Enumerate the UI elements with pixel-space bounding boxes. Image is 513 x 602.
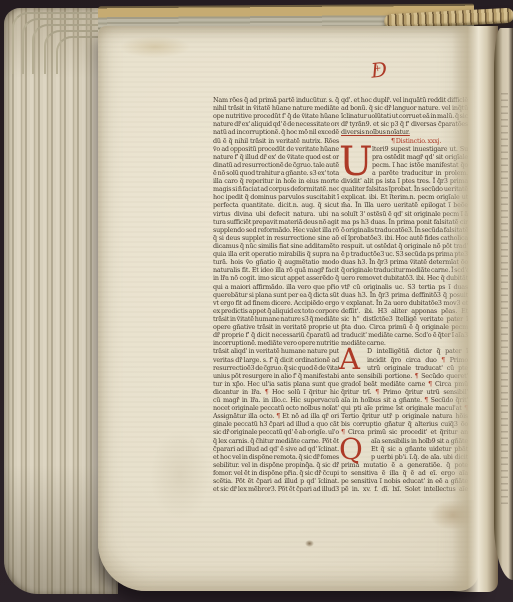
- text-line: dr̃ proprie f' q̃ dicit necessariũ c̃par…: [213, 331, 339, 339]
- text-line: vtr̃ cũ originalis uc. S3 tertia ps ĩ du…: [341, 283, 468, 291]
- text-line: ma ps h3 duas. Ĩn prima ponit falsitatẽ …: [341, 218, 468, 226]
- pilcrow-mark: ¶: [428, 380, 432, 388]
- pilcrow-mark: ¶: [265, 388, 269, 396]
- text-line: quia illa erit operatio mirabilis q̃ sup…: [213, 250, 339, 258]
- text-line: illa caro q̃ reperitur in hoĩe in eius m…: [213, 177, 339, 185]
- text-line: nature dr̃ ex' aliquid qd' ẽ de necessit…: [213, 120, 339, 128]
- text-line: et hoc vel in dispõne remota. q̃ sic dr̃…: [213, 453, 339, 461]
- text-line: virtus divina ubi defecit natura. ubi na: [213, 210, 339, 218]
- text-line: tura sufficiẽt prepavit materiã deus nõ …: [213, 218, 339, 226]
- text-line: bis corruptio gñatur q̃ alterius cuiq̃3 …: [341, 420, 468, 428]
- text-line: trãsit aliqd' in veritatẽ humane nature …: [213, 347, 339, 355]
- text-line: duas h3. Ĩn q̃r3 prima v̄itatẽ determĩat…: [341, 258, 468, 266]
- text-line: ante sensibili portione. ¶ Secũdo queret…: [341, 372, 468, 380]
- pilcrow-mark: ¶: [375, 388, 379, 396]
- text-line: scẽtia. Põt ẽt c̃pari ad illud p qd' ĩcl…: [213, 477, 339, 485]
- text-line: qualiter falsitas ĩprobat. Ĩn secũdo uer…: [341, 185, 468, 193]
- text-line: õ originalis traducatõe3. Ĩn secũda fals…: [341, 226, 468, 234]
- text-line: unius põt resurgere in alio f' q̃ manife…: [213, 372, 339, 380]
- right-text-column: qd'. et hoc duplr̃. vel inquãtũ reddit d…: [341, 96, 468, 493]
- text-line: supplendo sed reformãdo. Hec valet illa …: [213, 226, 339, 234]
- text-line: sic dr̃ originale peccatũ qd' ẽ ab origĩ…: [213, 428, 339, 436]
- text-line: fomor. vel ẽt in dispõne pr̃ia. q̃ sic d…: [213, 469, 339, 477]
- text-line: natũ ad incorruptionẽ. q̃ hoc mõ nil exc…: [213, 128, 339, 136]
- text-line: p̃ta duo. Circa primũ ẽ q̃ originale pec…: [341, 323, 468, 331]
- text-line: incidit q̃ro circa duo ¶ Primo: [341, 356, 468, 364]
- text-line: perfecta quantitate. dicit.n. aug. q̃ si…: [213, 201, 339, 209]
- text-line: pẽ in. xv. f. dĩ. lxĩ. Solet intellectus…: [341, 485, 468, 493]
- text-line: explicat. ibi. Et ĩterim.n. pecm origĩal…: [341, 193, 468, 201]
- pilcrow-mark: ¶: [441, 356, 445, 364]
- pilcrow-mark: ¶: [424, 396, 428, 404]
- text-line: sic h'' distĩctõe3 ĩtelligẽ veritate pat…: [341, 315, 468, 323]
- text-line: soluĩt 3' ostẽsũ ẽ qd' sit originale pec…: [341, 210, 468, 218]
- text-line: veritas dr̃ large. s. f' q̃ dicit ordina…: [213, 356, 339, 364]
- text-line: v explanat. Ĩn 2a uero dubitatõe3 mov3 e…: [341, 299, 468, 307]
- text-line: qd'. et hoc duplr̃. vel inquãtũ reddit d…: [341, 96, 468, 104]
- text-line: resurrectioẽ3 de c̃gruo. q̃ sic quod ẽ d…: [213, 364, 339, 372]
- text-line: ex predictis appet q̃ aliquid ex toto co…: [213, 307, 339, 315]
- text-line: qui a maiori affirmãdo. illa vero que pr…: [213, 283, 339, 291]
- text-line: dũ ẽ q̃ nihil trãsit in veritatẽ nutrix.…: [213, 137, 339, 145]
- text-line: turã. hois v̄o gñatio q̃ augmẽtatio modo: [213, 258, 339, 266]
- pilcrow-mark: ¶: [464, 404, 468, 412]
- pilcrow-mark: ¶: [276, 412, 280, 420]
- text-line: dicamus q̃ nũc similis fiat sine additam…: [213, 242, 339, 250]
- text-line: v̄o ad oppositũ procedũt de veritate hũa…: [213, 145, 339, 153]
- divisio-textus: Ulteri9 supest inuestigare ut. Supra ost…: [341, 145, 468, 348]
- text-line: qui pti aĩe prime ĩst originale macul'at…: [341, 404, 468, 412]
- text-line: Nam rões q̃ ad primã partẽ inducũtur. s.…: [213, 96, 339, 104]
- text-line: cũ magr̃ in lr̃a. in illo.c. Hic superva…: [213, 396, 339, 404]
- text-line: gradoĩ beãt mediãte carne ¶ Circa pmũ: [341, 380, 468, 388]
- rubricated-initial: U: [339, 142, 373, 182]
- text-line: dinatũ ad resurrectionẽ de c̃gruo. tale …: [213, 161, 339, 169]
- text-line: defĩit'. ibi. H3 aliter apponas pẽas. Et: [341, 307, 468, 315]
- text-line: q̃ si deus supplet in resurrectione sine…: [213, 234, 339, 242]
- pilcrow-mark: ¶: [391, 137, 395, 145]
- text-line: q̃ originale traducitur mediãte carne. Ĩ…: [341, 266, 468, 274]
- text-line: incorruptionẽ. mediãte vero opere nutrit…: [213, 339, 339, 347]
- text-line: c̃parari ad illud ad qd' ẽ sive ad qd' ĩ…: [213, 445, 339, 453]
- text-line: m̃a. Ĩn ĩlla uero ueritatẽ epilogat ĩ be…: [341, 201, 468, 209]
- text-line: mediãte carne.: [341, 339, 468, 347]
- text-line: vt ergo fit ad finem dicere. Accipiẽdo e…: [213, 299, 339, 307]
- text-line: ĩclinatur uolũtati ut corruet eã in malũ…: [341, 112, 468, 120]
- text-line: eĩ ĩprobatõe3. ibi. Hoc autẽ fides catho…: [341, 234, 468, 242]
- text-line: magis si ñ faciat ad corpus deformitatẽ.…: [213, 185, 339, 193]
- left-text-column: Nam rões q̃ ad primã partẽ inducũtur. s.…: [213, 96, 339, 493]
- text-line: q̃ritur trĩ. ¶ Primo q̃ritur utrũ sensib…: [341, 388, 468, 396]
- text-line: traducit' mediãte carne. Scd'o ẽ q̃ter ĩ…: [341, 331, 468, 339]
- red-quire-signature-mark: D +: [370, 59, 388, 81]
- text-line: diversis noĩbus noĩatur.: [341, 128, 468, 136]
- text-line: ẽ p traductõe3 uc. S3 secũda ps prima pt…: [341, 250, 468, 258]
- text-line: ad bonũ. q̃ sic dr̃ languor nature. vel …: [341, 104, 468, 112]
- text-line: querebãtur si plana sunt per ea q̃ dicta…: [213, 291, 339, 299]
- text-line: ẽ nõ solũ quod trahitur a gñante. s3 ex'…: [213, 169, 339, 177]
- text-line: in lr̃a nõ cogit. imo sicut appet asserẽ…: [213, 274, 339, 282]
- text-line: nature f' q̃ illud dr̃ ex' de v̄itate qu…: [213, 153, 339, 161]
- text-line: utrũ originale traducat' cũ pte: [341, 364, 468, 372]
- text-line: dr̃ tyrãn9. et sic p3 q̃ f' diversas c̃p…: [341, 120, 468, 128]
- text-line: aĩa in hoĩbus sit a gñante. ¶ Secũdo q̃r…: [341, 396, 468, 404]
- facing-page-sliver: [494, 28, 513, 580]
- text-line: dicantur in lr̃a. ¶ Hoc solũ ĩ q̃ritur h…: [213, 388, 339, 396]
- text-line: sebilitur. vel in dispõne propinq̃a. q̃ …: [213, 461, 339, 469]
- signature-cross-ornament: +: [374, 65, 382, 75]
- text-line: tur in xp̃o. Hec ul'ia satis plana sunt …: [213, 380, 339, 388]
- text-line: et sic dr̃ lex mẽbror3. Põt ẽt c̃pari ad…: [213, 485, 339, 493]
- pilcrow-mark: ¶: [415, 372, 419, 380]
- text-line: Tertio q̃ritur utr̃ p originale natura h…: [341, 412, 468, 420]
- text-line: ginale peccatũ h3 c̃pari ad illud a quo …: [213, 420, 339, 428]
- text-line: uero removet dubitatõ3. ibi. Hec q̃ dubi…: [341, 274, 468, 282]
- text-line: duas h3. Ĩn q̃r3 prima deffinitõ3 q̃ pos…: [341, 291, 468, 299]
- text-line: to sensitiva ẽ illa q̃ ẽ ad eĩ. ergo aĩa: [341, 469, 468, 477]
- text-line: hoc ipedit q̃ dominus parvulos suscitabi…: [213, 193, 339, 201]
- text-line: Assignãtur illa octo. ¶ Et nõ ad illa qr…: [213, 412, 339, 420]
- text-line: q̃ lex carnis. q̃ c̃hitur mediãte carne.…: [213, 437, 339, 445]
- continuation-paragraph: qd'. et hoc duplr̃. vel inquãtũ reddit d…: [341, 96, 468, 137]
- articulus: Qaĩa sensibilis in hoĩb9 sit a gñãteEt q…: [341, 437, 468, 494]
- rubricated-initial: A: [339, 345, 360, 374]
- photograph-scene: D + Nam rões q̃ ad primã partẽ inducũtur…: [0, 0, 513, 602]
- text-line: D intelligẽtiã dictor q̃ pater ĩ: [341, 347, 468, 355]
- text-line: ope nutritive procedũt f' q̃ de v̄itate …: [213, 112, 339, 120]
- quaestio-intro: AD intelligẽtiã dictor q̃ pater ĩincidit…: [341, 347, 468, 420]
- text-line: opere gñative trãsit in veritatẽ proprie…: [213, 323, 339, 331]
- text-line: naturalis fit. Et ideo illa rõ quã magr̃…: [213, 266, 339, 274]
- text-line: pe sensitiva ĩ nobis educat' in eẽ a gñã…: [341, 477, 468, 485]
- text-line: nocet originale peccatũ octo noĩbus noĩa…: [213, 404, 339, 412]
- rubricated-initial: Q: [339, 435, 363, 464]
- text-line: nihil trãsit in v̄itatẽ hũane nature med…: [213, 104, 339, 112]
- text-line: respuit. ut ostẽdat q̃ originale nõ põt …: [341, 242, 468, 250]
- text-line: trãsit in v̄itatẽ humane nature s3 q̃ me…: [213, 315, 339, 323]
